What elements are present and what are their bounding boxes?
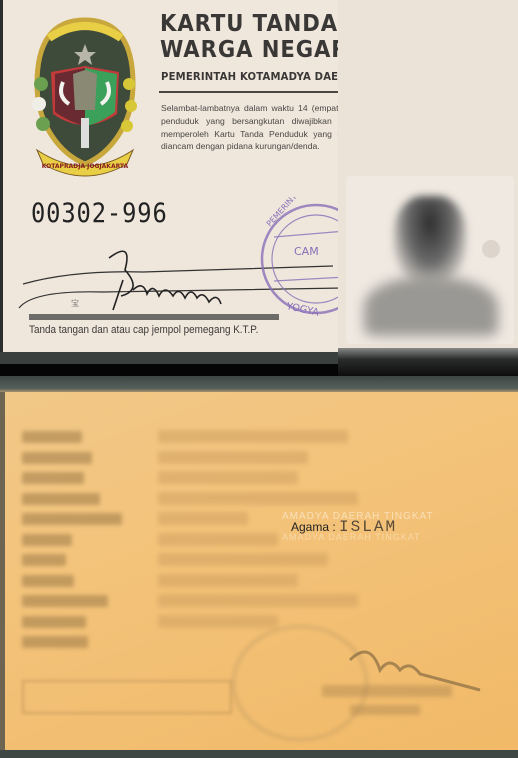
officer-name (322, 685, 452, 697)
photo-shadow (338, 348, 518, 376)
signature-bar (29, 314, 279, 320)
field-label-obscured (22, 616, 86, 628)
serial-number: 00302-996 (31, 198, 168, 229)
issue-date-box (22, 680, 232, 714)
watermark-text-2: AMADYA DAERAH TINGKAT (282, 532, 421, 542)
svg-text:KOTAPRADJA JOGJAKARTA: KOTAPRADJA JOGJAKARTA (42, 163, 129, 170)
field-label-obscured (22, 472, 84, 484)
svg-text:CAM: CAM (294, 245, 319, 258)
field-label-obscured (22, 595, 108, 607)
separator-band (0, 364, 338, 376)
field-value-obscured (158, 594, 358, 607)
svg-text:YOGYA: YOGYA (284, 301, 320, 319)
coat-of-arms-icon: KOTAPRADJA JOGJAKARTA (29, 14, 141, 178)
field-value-obscured (158, 574, 298, 587)
signature-caption: Tanda tangan dan atau cap jempol pemegan… (29, 324, 258, 336)
field-label-obscured (22, 636, 88, 648)
field-label-obscured (22, 534, 72, 546)
field-value-obscured (158, 451, 308, 464)
field-value-obscured (158, 430, 348, 443)
field-label-obscured (22, 431, 82, 443)
photo-head (394, 196, 466, 286)
photo-panel (338, 0, 518, 376)
portrait-photo-icon (346, 176, 514, 344)
field-label-obscured (22, 493, 100, 505)
field-label-obscured (22, 554, 66, 566)
punch-hole (482, 240, 500, 258)
field-value-obscured (158, 492, 358, 505)
field-value-obscured (158, 553, 328, 566)
field-value-obscured (158, 615, 278, 628)
field-label-obscured (22, 575, 74, 587)
field-value-obscured (158, 533, 278, 546)
back-card-bottom-edge (0, 750, 518, 758)
field-label-obscured (22, 452, 92, 464)
card-edge (0, 352, 338, 364)
field-label-obscured (22, 513, 122, 525)
svg-text:PEMERINTAH KOTA: PEMERINTAH KOTA (265, 197, 322, 228)
official-stamp-icon: CAM YOGYA PEMERINTAH KOTA (250, 197, 346, 323)
field-value-obscured (158, 471, 298, 484)
field-value-obscured (158, 512, 248, 525)
ktp-front-card: KOTAPRADJA JOGJAKARTA KARTU TANDA PENDUD… (0, 0, 338, 358)
officer-id (350, 705, 420, 715)
svg-text:宝: 宝 (71, 298, 79, 308)
photo-body (364, 276, 498, 336)
